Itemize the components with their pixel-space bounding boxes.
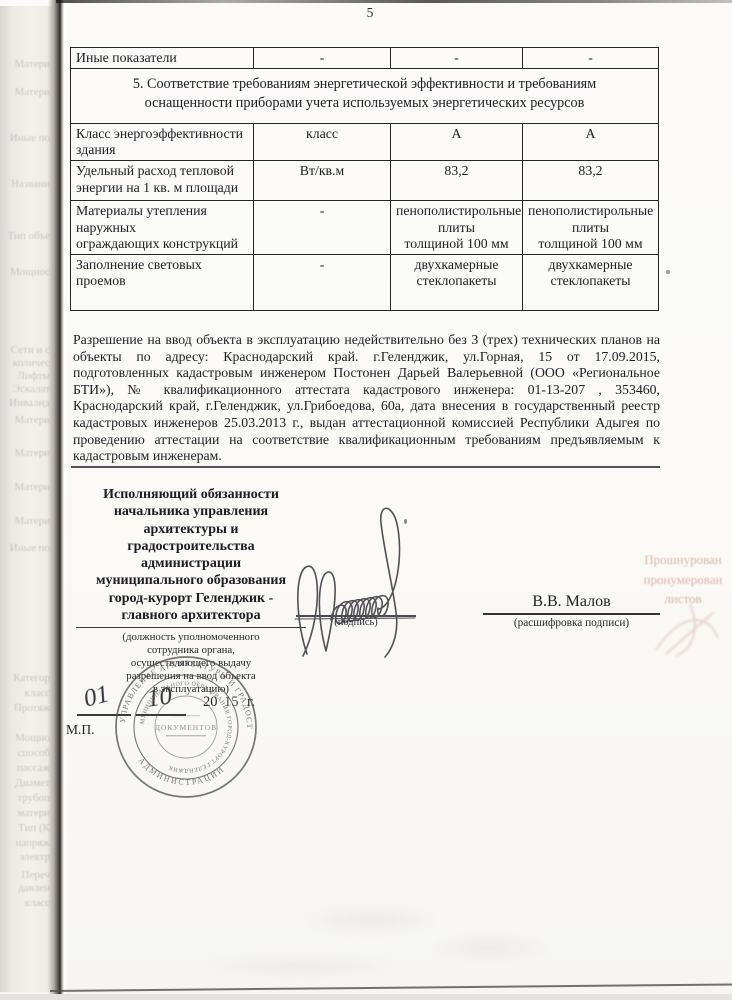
bleed-fragment: Тип (К	[2, 822, 50, 834]
paragraph-line: проведению аттестации на соответствие кв…	[73, 432, 660, 449]
row-label: Заполнение световых проемов	[71, 254, 254, 310]
scanned-permit-page: Матери Матери Иные по Названи Тип объе М…	[0, 0, 732, 1000]
bleed-fragment: трубоп	[2, 792, 50, 804]
table-section-header-row: 5. Соответствие требованиям энергетическ…	[71, 69, 659, 124]
official-title: Исполняющий обязанности начальника управ…	[76, 486, 306, 628]
bleed-fragment: электр	[2, 851, 50, 863]
bleed-through-line: Прошнурован	[634, 550, 732, 570]
bleed-fragment: напряж	[2, 837, 50, 849]
bleed-fragment: Инвалид	[2, 397, 50, 409]
bleed-fragment: Матери	[2, 414, 50, 426]
bleed-fragment: Эскалат	[2, 383, 50, 395]
official-seal-stamp: УПРАВЛЕНИЕ АРХИТЕКТУРЫ И ГРАДОСТРОИТЕЛЬС…	[104, 645, 268, 809]
signature-caption: (подпись)	[300, 617, 412, 628]
row-label: Класс энергоэффективности здания	[71, 124, 254, 161]
bleed-fragment: Матери	[2, 86, 50, 98]
scan-smudge	[300, 905, 440, 935]
row-unit: -	[254, 48, 391, 69]
section-title: 5. Соответствие требованиям энергетическ…	[71, 69, 659, 124]
paragraph-underline	[71, 466, 660, 468]
bleed-fragment: Категор	[2, 672, 50, 684]
bleed-through-flourish	[648, 600, 732, 660]
bleed-fragment: Сети и с	[2, 344, 50, 356]
bleed-fragment: количес	[2, 357, 50, 369]
bleed-fragment: Матери	[2, 481, 50, 493]
bleed-fragment: матери	[2, 807, 50, 819]
bleed-fragment: Матери	[2, 515, 50, 527]
seal-center-text: ДОКУМЕНТОВ	[155, 723, 217, 732]
signer-name-line	[483, 613, 660, 615]
bleed-fragment: Матери	[2, 58, 50, 70]
row-value: А	[391, 124, 523, 161]
bleed-fragment: Диамет	[2, 777, 50, 789]
bleed-fragment: давлен	[2, 882, 50, 894]
row-value: 83,2	[523, 161, 659, 201]
bleed-through-line: пронумерован	[634, 570, 732, 590]
row-unit: -	[254, 201, 391, 254]
body-paragraph: Разрешение на ввод объекта в эксплуатаци…	[73, 332, 660, 465]
handwritten-signature	[293, 492, 423, 664]
row-value: -	[391, 48, 523, 69]
scan-edge-bottom-light	[0, 994, 732, 1000]
scan-edge-bottom	[50, 983, 732, 992]
bleed-fragment: Названи	[2, 178, 50, 190]
paragraph-line: БТИ»), № квалификационного аттестата кад…	[73, 382, 660, 399]
row-value: двухкамерные стеклопакеты	[523, 254, 659, 310]
paragraph-line: Разрешение на ввод объекта в эксплуатаци…	[73, 332, 660, 349]
row-value: пенополистирольные плиты толщиной 100 мм	[523, 201, 659, 254]
energy-efficiency-table: Иные показатели - - - 5. Соответствие тр…	[70, 47, 659, 311]
page-fold-shadow	[48, 0, 68, 994]
bleed-fragment: Матери	[2, 447, 50, 459]
page-number: 5	[330, 5, 410, 21]
row-unit: класс	[254, 124, 391, 161]
table-row: Класс энергоэффективности здания класс А…	[71, 124, 659, 161]
bleed-fragment: Тип объе	[2, 230, 50, 242]
signer-name-caption: (расшифровка подписи)	[483, 617, 660, 629]
paragraph-line: кадастровым инженерам.	[73, 448, 660, 465]
paragraph-line: Краснодарский край, г.Геленджик, ул.Гриб…	[73, 398, 660, 415]
table-row: Удельный расход тепловой энергии на 1 кв…	[71, 161, 659, 201]
bleed-fragment: способ	[2, 747, 50, 759]
scan-speck	[666, 270, 670, 274]
bleed-fragment: пассаж	[2, 762, 50, 774]
bleed-fragment: Переч	[2, 869, 50, 881]
bleed-fragment: Мощно	[2, 732, 50, 744]
row-value: А	[523, 124, 659, 161]
table-row-other-indicators: Иные показатели - - -	[71, 48, 659, 69]
table-row: Заполнение световых проемов - двухкамерн…	[71, 254, 659, 310]
row-label: Удельный расход тепловой энергии на 1 кв…	[71, 161, 254, 201]
table-row: Материалы утепления наружных ограждающих…	[71, 201, 659, 254]
bleed-fragment: Иные по	[2, 132, 50, 144]
bleed-fragment: Протяж	[2, 702, 50, 714]
seal-place-label: М.П.	[66, 722, 95, 738]
scan-left-strip: Матери Матери Иные по Названи Тип объе М…	[0, 6, 54, 992]
bleed-fragment: класс	[2, 897, 50, 909]
paragraph-line: кадастровых инженеров 25.03.2013 г., выд…	[73, 415, 660, 432]
row-value: пенополистирольные плиты толщиной 100 мм	[391, 201, 523, 254]
bleed-fragment: Мощнос	[2, 266, 50, 278]
bleed-fragment: Лифты	[2, 370, 50, 382]
scan-smudge	[200, 955, 400, 977]
row-unit: -	[254, 254, 391, 310]
paragraph-line: объекты по адресу: Краснодарский край. г…	[73, 349, 660, 366]
row-label: Материалы утепления наружных ограждающих…	[71, 201, 254, 254]
row-value: 83,2	[391, 161, 523, 201]
row-unit: Вт/кв.м	[254, 161, 391, 201]
bleed-fragment: класс	[2, 687, 50, 699]
scan-edge-top	[56, 0, 732, 3]
row-value: -	[523, 48, 659, 69]
scan-smudge	[430, 935, 550, 961]
bleed-fragment: Иные по	[2, 542, 50, 554]
paragraph-line: подготовленных кадастровым инженером Пос…	[73, 365, 660, 382]
row-label: Иные показатели	[71, 48, 254, 69]
row-value: двухкамерные стеклопакеты	[391, 254, 523, 310]
